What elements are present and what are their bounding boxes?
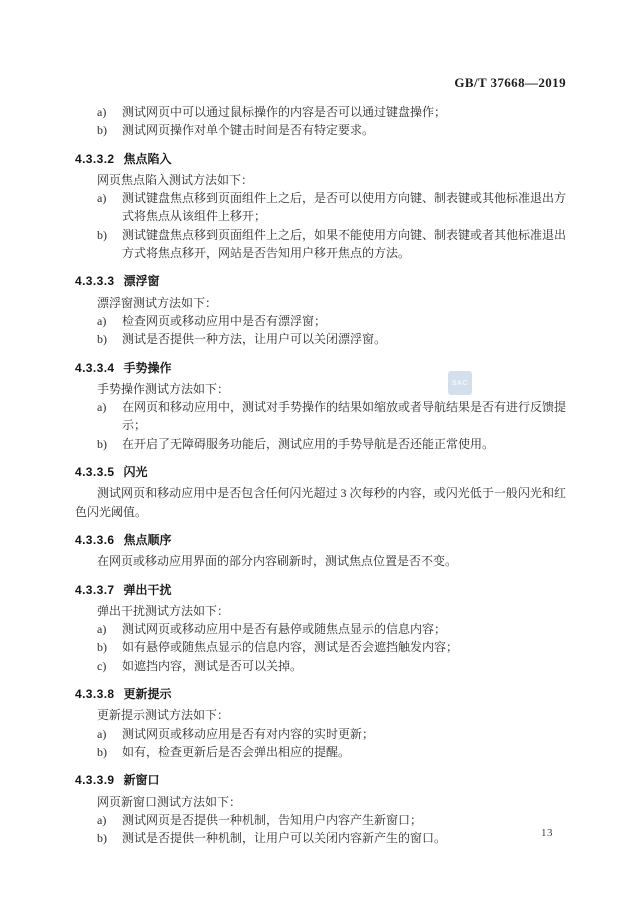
section-number: 4.3.3.3	[75, 274, 115, 288]
document-body: a)测试网页中可以通过鼠标操作的内容是否可以通过键盘操作；b)测试网页操作对单个…	[75, 103, 566, 847]
list-item-text: 测试网页或移动应用是否有对内容的实时更新；	[122, 725, 566, 743]
list-item: a)检查网页或移动应用中是否有漂浮窗；	[97, 312, 566, 330]
list-item-marker: b)	[97, 435, 122, 453]
section-heading: 4.3.3.4手势操作	[75, 359, 566, 377]
section-title: 焦点顺序	[124, 533, 172, 547]
section-title: 新窗口	[124, 773, 160, 787]
list-item-marker: a)	[97, 103, 122, 121]
section-title: 焦点陷入	[124, 152, 172, 166]
standard-document-page: GB/T 37668—2019 a)测试网页中可以通过鼠标操作的内容是否可以通过…	[0, 0, 640, 904]
paragraph: 弹出干扰测试方法如下：	[75, 602, 566, 620]
list-item-marker: a)	[97, 725, 122, 743]
list-item: b)如有悬停或随焦点显示的信息内容，测试是否会遮挡触发内容；	[97, 638, 566, 656]
ordered-list: a)测试键盘焦点移到页面组件上之后，是否可以使用方向键、制表键或其他标准退出方式…	[97, 189, 566, 262]
list-item-marker: c)	[97, 657, 122, 675]
list-item: a)测试网页中可以通过鼠标操作的内容是否可以通过键盘操作；	[97, 103, 566, 121]
section-heading: 4.3.3.8更新提示	[75, 685, 566, 703]
list-item-text: 测试网页操作对单个键击时间是否有特定要求。	[122, 121, 566, 139]
section-number: 4.3.3.4	[75, 361, 115, 375]
section-title: 更新提示	[124, 687, 172, 701]
paragraph: 漂浮窗测试方法如下：	[75, 294, 566, 312]
list-item-marker: a)	[97, 312, 122, 330]
list-item: b)测试键盘焦点移到页面组件上之后，如果不能使用方向键、制表键或者其他标准退出方…	[97, 226, 566, 263]
watermark-stamp: SAC	[448, 371, 472, 395]
list-item: b)测试是否提供一种机制，让用户可以关闭内容新产生的窗口。	[97, 829, 566, 847]
section-heading: 4.3.3.2焦点陷入	[75, 150, 566, 168]
list-item-marker: b)	[97, 121, 122, 139]
section-number: 4.3.3.2	[75, 152, 115, 166]
ordered-list: a)在网页和移动应用中，测试对手势操作的结果如缩放或者导航结果是否有进行反馈提示…	[97, 398, 566, 453]
list-item: a)测试键盘焦点移到页面组件上之后，是否可以使用方向键、制表键或其他标准退出方式…	[97, 189, 566, 226]
list-item: b)测试网页操作对单个键击时间是否有特定要求。	[97, 121, 566, 139]
list-item: a)测试网页或移动应用是否有对内容的实时更新；	[97, 725, 566, 743]
section-title: 弹出干扰	[124, 583, 172, 597]
list-item-marker: a)	[97, 398, 122, 435]
page-number: 13	[541, 826, 553, 840]
list-item-marker: b)	[97, 743, 122, 761]
section-heading: 4.3.3.9新窗口	[75, 771, 566, 789]
paragraph: 网页焦点陷入测试方法如下：	[75, 171, 566, 189]
section-heading: 4.3.3.3漂浮窗	[75, 272, 566, 290]
section-number: 4.3.3.8	[75, 687, 115, 701]
list-item-marker: a)	[97, 811, 122, 829]
list-item-text: 测试网页或移动应用中是否有悬停或随焦点显示的信息内容；	[122, 620, 566, 638]
section-heading: 4.3.3.5闪光	[75, 463, 566, 481]
list-item-marker: b)	[97, 330, 122, 348]
list-item: b)在开启了无障碍服务功能后，测试应用的手势导航是否还能正常使用。	[97, 435, 566, 453]
list-item-text: 在网页和移动应用中，测试对手势操作的结果如缩放或者导航结果是否有进行反馈提示；	[122, 398, 566, 435]
list-item-text: 测试网页中可以通过鼠标操作的内容是否可以通过键盘操作；	[122, 103, 566, 121]
section-number: 4.3.3.7	[75, 583, 115, 597]
list-item-text: 测试是否提供一种机制，让用户可以关闭内容新产生的窗口。	[122, 829, 566, 847]
list-item: b)如有，检查更新后是否会弹出相应的提醒。	[97, 743, 566, 761]
paragraph: 更新提示测试方法如下：	[75, 706, 566, 724]
ordered-list: a)测试网页或移动应用是否有对内容的实时更新；b)如有，检查更新后是否会弹出相应…	[97, 725, 566, 762]
list-item-marker: b)	[97, 829, 122, 847]
section-heading: 4.3.3.6焦点顺序	[75, 531, 566, 549]
section-title: 闪光	[124, 465, 148, 479]
list-item-text: 测试键盘焦点移到页面组件上之后，如果不能使用方向键、制表键或者其他标准退出方式将…	[122, 226, 566, 263]
section-heading: 4.3.3.7弹出干扰	[75, 581, 566, 599]
list-item: a)在网页和移动应用中，测试对手势操作的结果如缩放或者导航结果是否有进行反馈提示…	[97, 398, 566, 435]
ordered-list: a)测试网页或移动应用中是否有悬停或随焦点显示的信息内容；b)如有悬停或随焦点显…	[97, 620, 566, 675]
paragraph: 手势操作测试方法如下：	[75, 380, 566, 398]
list-item-marker: b)	[97, 226, 122, 263]
section-number: 4.3.3.5	[75, 465, 115, 479]
list-item-text: 在开启了无障碍服务功能后，测试应用的手势导航是否还能正常使用。	[122, 435, 566, 453]
paragraph: 测试网页和移动应用中是否包含任何闪光超过 3 次每秒的内容，或闪光低于一般闪光和…	[75, 484, 566, 521]
list-item-marker: a)	[97, 620, 122, 638]
list-item-text: 测试是否提供一种方法，让用户可以关闭漂浮窗。	[122, 330, 566, 348]
standard-number-header: GB/T 37668—2019	[75, 76, 566, 90]
section-title: 漂浮窗	[124, 274, 160, 288]
list-item: a)测试网页或移动应用中是否有悬停或随焦点显示的信息内容；	[97, 620, 566, 638]
list-item-text: 测试键盘焦点移到页面组件上之后，是否可以使用方向键、制表键或其他标准退出方式将焦…	[122, 189, 566, 226]
paragraph: 在网页或移动应用界面的部分内容刷新时，测试焦点位置是否不变。	[75, 552, 566, 570]
section-title: 手势操作	[124, 361, 172, 375]
list-item: a)测试网页是否提供一种机制，告知用户内容产生新窗口；	[97, 811, 566, 829]
paragraph: 网页新窗口测试方法如下：	[75, 793, 566, 811]
list-item-text: 如有，检查更新后是否会弹出相应的提醒。	[122, 743, 566, 761]
list-item-text: 检查网页或移动应用中是否有漂浮窗；	[122, 312, 566, 330]
list-item-marker: b)	[97, 638, 122, 656]
list-item-text: 如有悬停或随焦点显示的信息内容，测试是否会遮挡触发内容；	[122, 638, 566, 656]
list-item: b)测试是否提供一种方法，让用户可以关闭漂浮窗。	[97, 330, 566, 348]
list-item: c)如遮挡内容，测试是否可以关掉。	[97, 657, 566, 675]
section-number: 4.3.3.9	[75, 773, 115, 787]
section-number: 4.3.3.6	[75, 533, 115, 547]
list-item-text: 如遮挡内容，测试是否可以关掉。	[122, 657, 566, 675]
ordered-list: a)测试网页是否提供一种机制，告知用户内容产生新窗口；b)测试是否提供一种机制，…	[97, 811, 566, 848]
list-item-marker: a)	[97, 189, 122, 226]
ordered-list: a)测试网页中可以通过鼠标操作的内容是否可以通过键盘操作；b)测试网页操作对单个…	[97, 103, 566, 140]
list-item-text: 测试网页是否提供一种机制，告知用户内容产生新窗口；	[122, 811, 566, 829]
ordered-list: a)检查网页或移动应用中是否有漂浮窗；b)测试是否提供一种方法，让用户可以关闭漂…	[97, 312, 566, 349]
